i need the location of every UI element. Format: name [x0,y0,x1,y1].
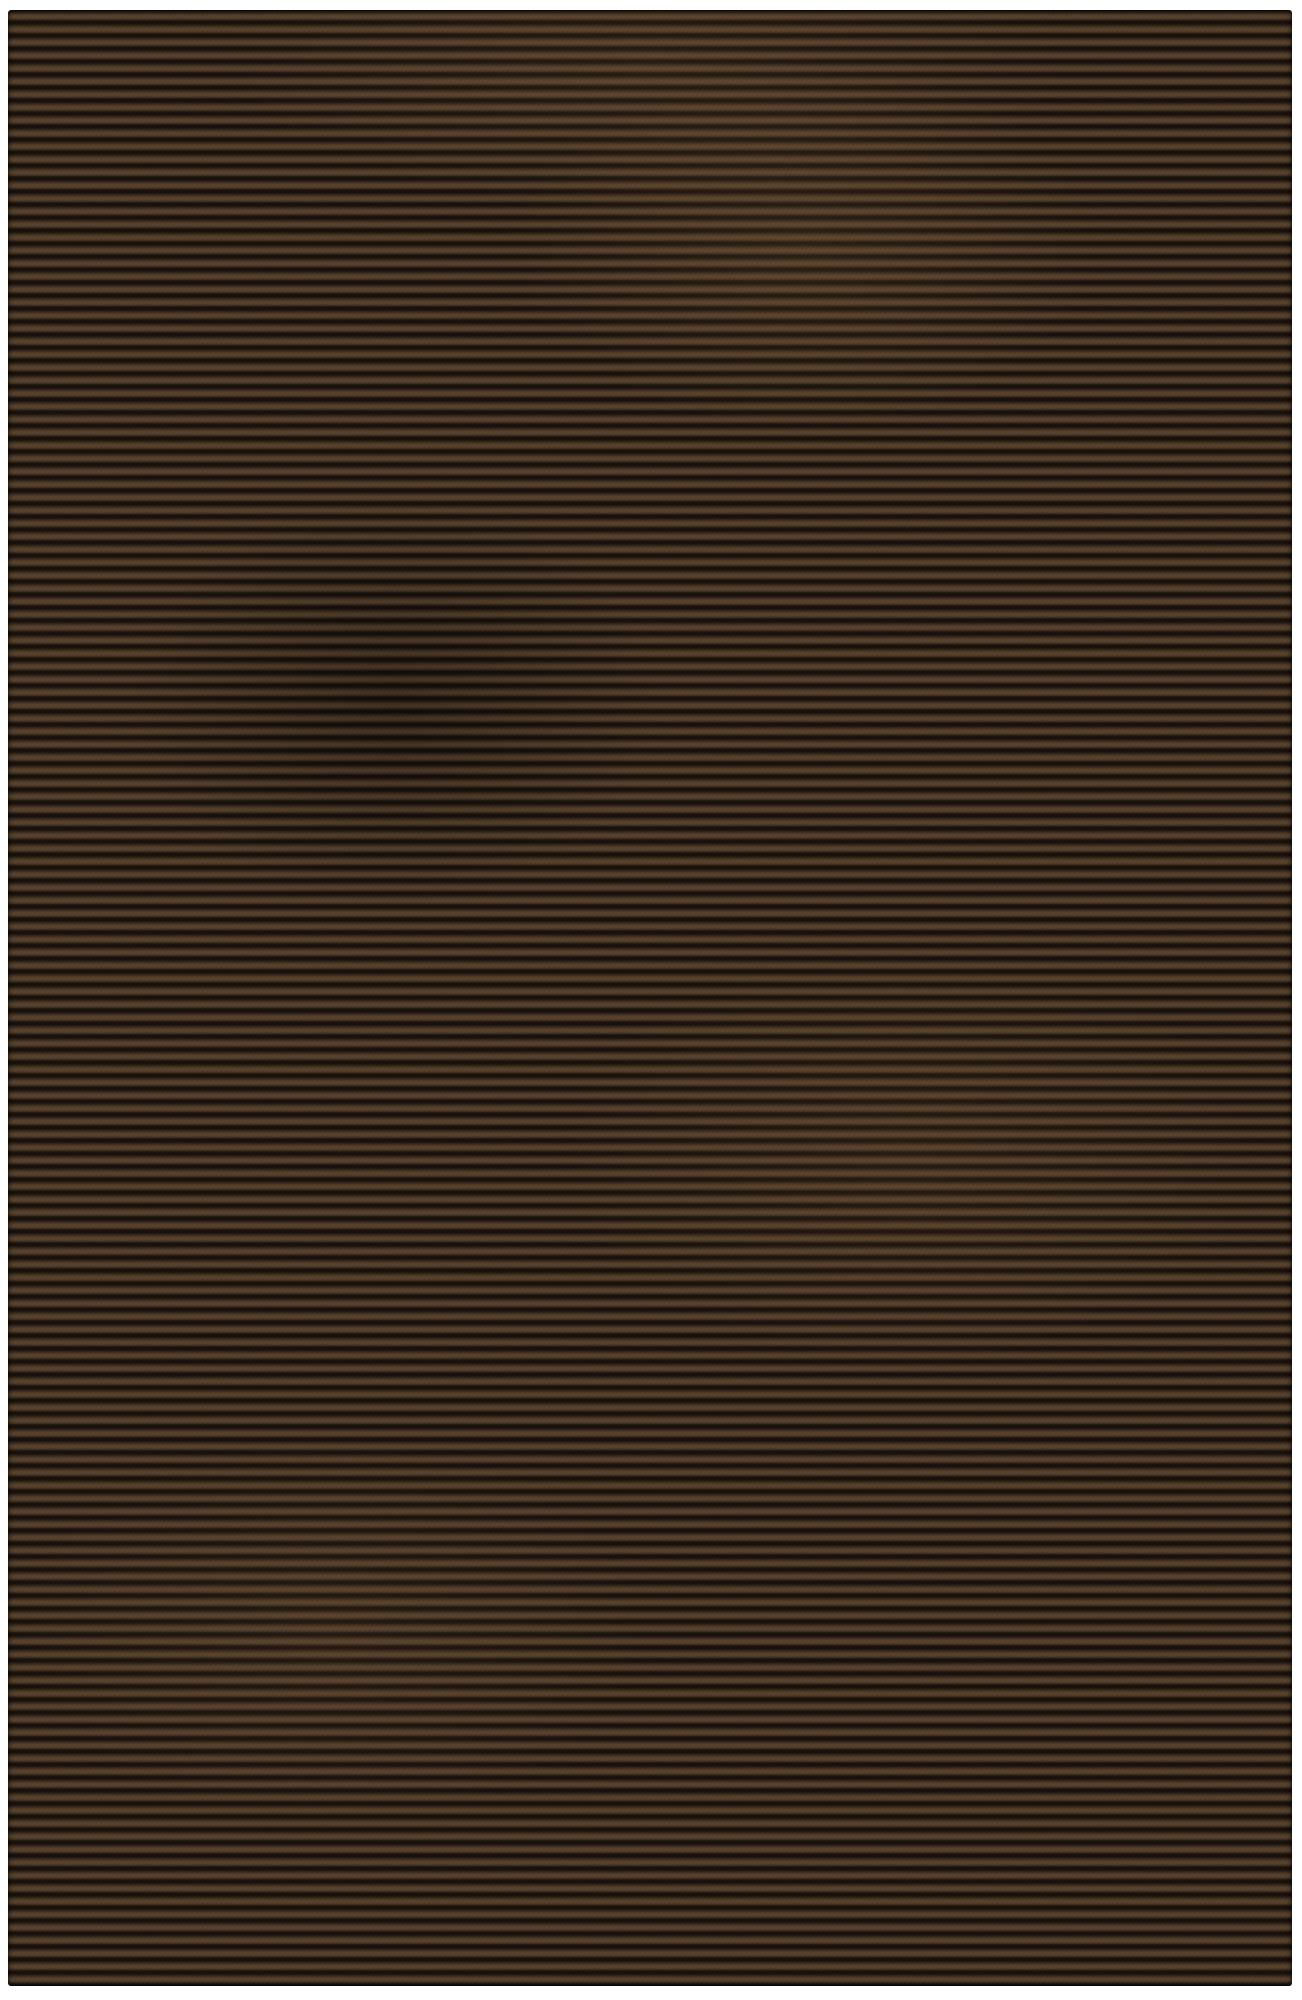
photo-canvas [0,0,1302,2000]
rug [8,10,1292,1986]
